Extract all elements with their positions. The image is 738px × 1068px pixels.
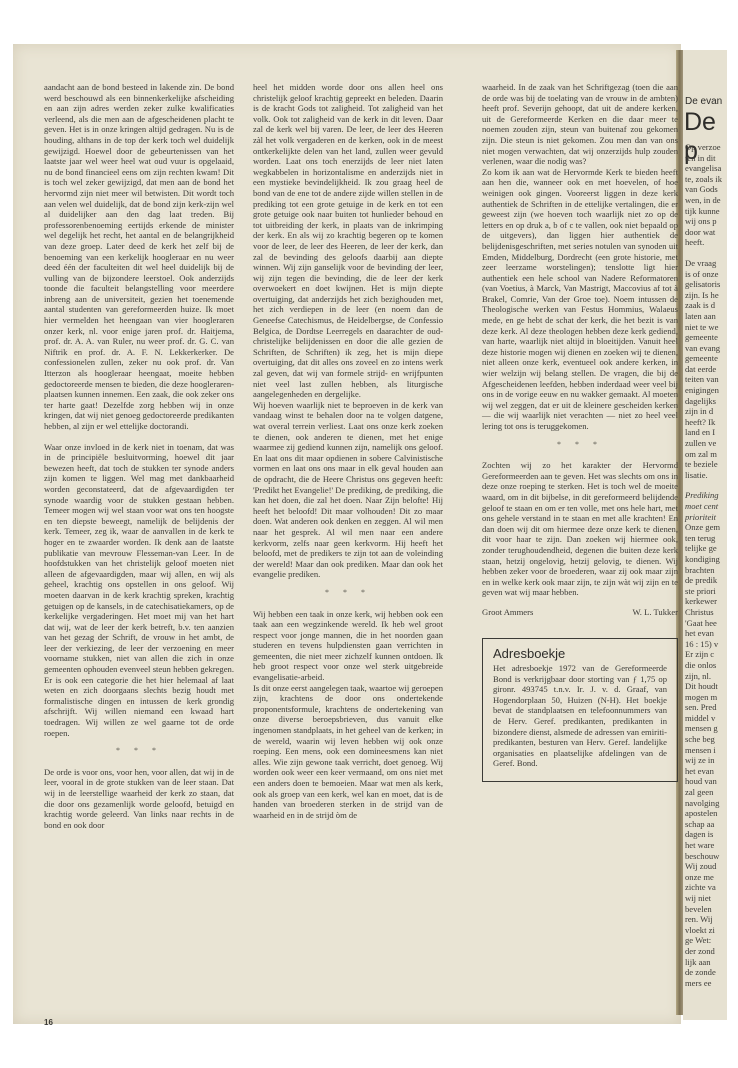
paragraph: Zochten wij zo het karakter der Hervormd… — [482, 460, 678, 598]
paragraph: Op verzoeten in ditevangelisate, zoals i… — [685, 142, 727, 248]
paragraph: De orde is voor ons, voor hen, voor alle… — [44, 767, 234, 831]
paragraph: Wij hoeven waarlijk niet te beproeven in… — [253, 400, 443, 580]
paragraph: waarheid. In de zaak van het Schriftgeza… — [482, 82, 678, 167]
subheading: Predikingmoet centprioriteit — [685, 490, 727, 522]
magazine-page-right-partial: De evan De p Op verzoeten in ditevangeli… — [683, 50, 727, 1020]
paragraph: Wij hebben een taak in onze kerk, wij he… — [253, 609, 443, 683]
adresboekje-box: Adresboekje Het adresboekje 1972 van de … — [482, 638, 678, 783]
paragraph: aandacht aan de bond besteed in lakende … — [44, 82, 234, 432]
paragraph: De vraagis of onzegelisatoriszijn. Is he… — [685, 258, 727, 480]
article-column-3: waarheid. In de zaak van het Schriftgeza… — [482, 82, 678, 782]
article-column-1: aandacht aan de bond besteed in lakende … — [44, 82, 234, 830]
paragraph: Is dit onze eerst aangelegen taak, waart… — [253, 683, 443, 821]
next-article-kicker: De evan — [685, 96, 722, 107]
box-text: Het adresboekje 1972 van de Gereformeerd… — [493, 663, 667, 769]
signature-place: Groot Ammers — [482, 607, 533, 618]
article-column-2: heel het midden worde door ons allen hee… — [253, 82, 443, 820]
section-separator: * * * — [44, 746, 234, 757]
box-title: Adresboekje — [493, 649, 667, 660]
paragraph: Waar onze invloed in de kerk niet in toe… — [44, 442, 234, 739]
paragraph: Zo kom ik aan wat de Hervormde Kerk te b… — [482, 167, 678, 432]
next-article-body: Op verzoeten in ditevangelisate, zoals i… — [685, 142, 727, 998]
section-separator: * * * — [482, 440, 678, 451]
signature: Groot Ammers W. L. Tukker — [482, 607, 678, 618]
signature-author: W. L. Tukker — [632, 607, 678, 618]
section-separator: * * * — [253, 588, 443, 599]
paragraph: Onze gemten terugtelijke gekondigingbrac… — [685, 522, 727, 988]
page-number: 16 — [44, 1018, 53, 1027]
paragraph: heel het midden worde door ons allen hee… — [253, 82, 443, 400]
